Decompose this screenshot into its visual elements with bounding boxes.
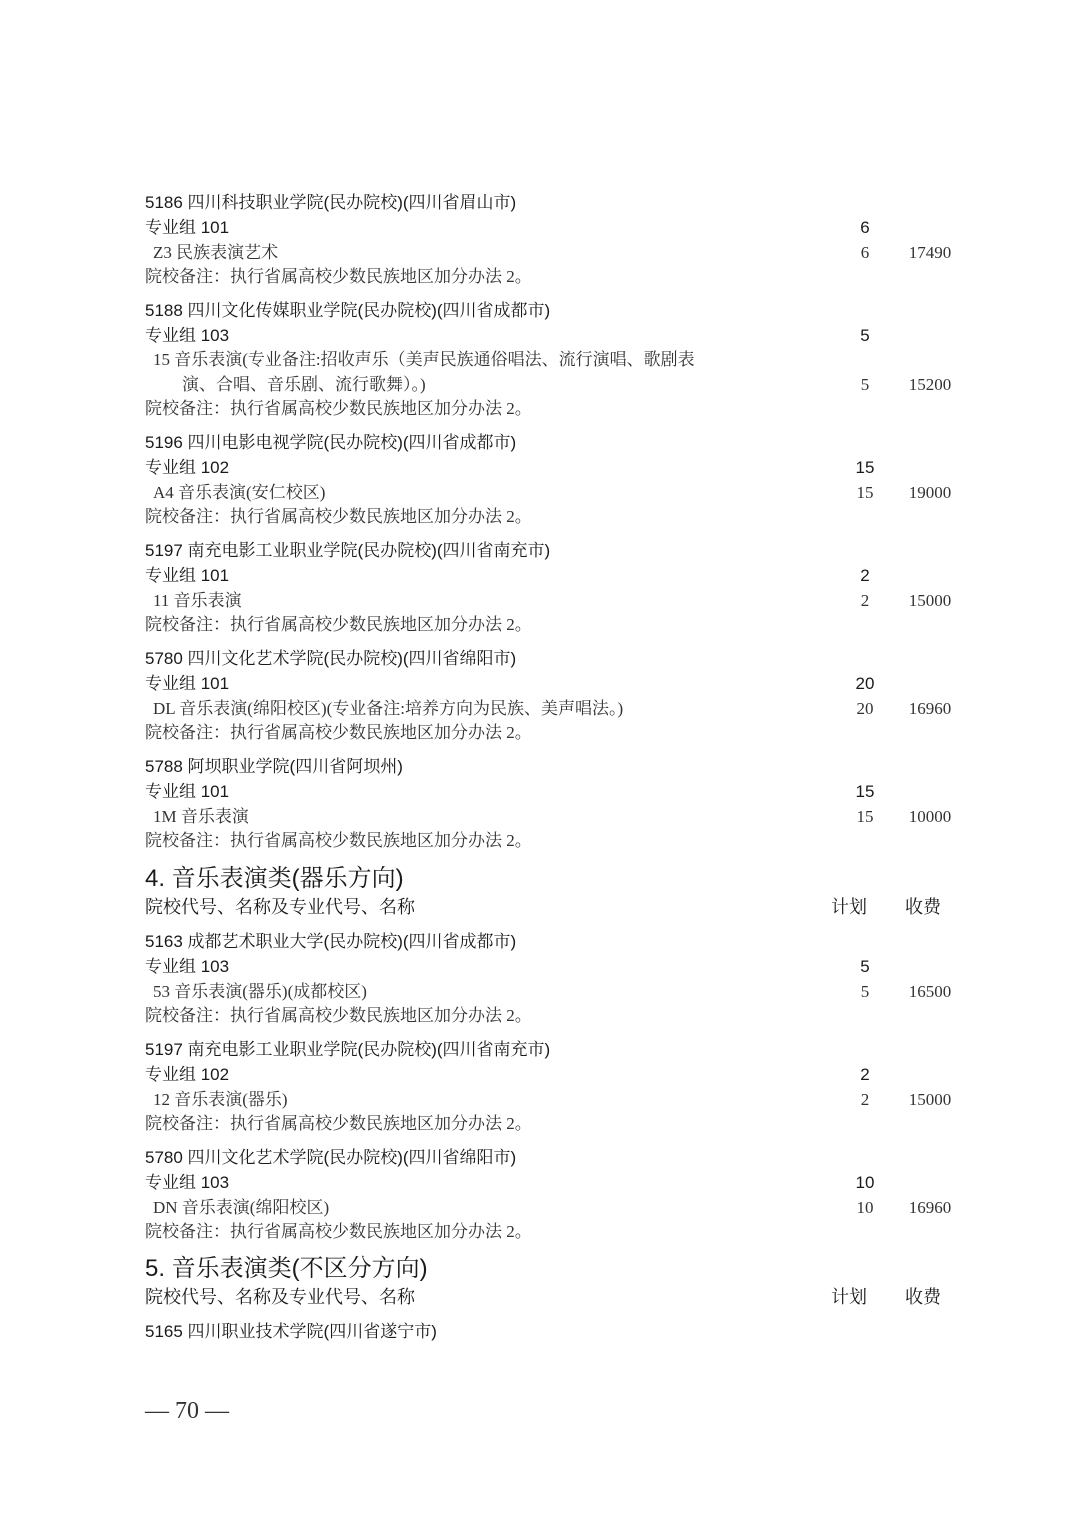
table-header-plan: 计划 <box>831 895 867 920</box>
major-plan: 10 <box>852 1195 878 1220</box>
major-group: 专业组 101 <box>145 563 229 588</box>
major-name: 12 音乐表演(器乐) <box>153 1087 288 1112</box>
major-group: 专业组 103 <box>145 323 229 348</box>
major-group: 专业组 101 <box>145 779 229 804</box>
major-name: Z3 民族表演艺术 <box>153 240 278 265</box>
major-name: DL 音乐表演(绵阳校区)(专业备注:培养方向为民族、美声唱法。) <box>153 696 623 721</box>
school-note: 院校备注：执行省属高校少数民族地区加分办法 2。 <box>145 396 532 421</box>
school-name: 5196 四川电影电视学院(民办院校)(四川省成都市) <box>145 430 516 455</box>
major-fee: 16960 <box>905 1195 955 1220</box>
school-note: 院校备注：执行省属高校少数民族地区加分办法 2。 <box>145 828 532 853</box>
section-heading: 5. 音乐表演类(不区分方向) <box>145 1253 428 1285</box>
major-plan: 15 <box>852 804 878 829</box>
table-header-name: 院校代号、名称及专业代号、名称 <box>145 1285 415 1310</box>
table-header-plan: 计划 <box>831 1285 867 1310</box>
school-name: 5186 四川科技职业学院(民办院校)(四川省眉山市) <box>145 190 516 215</box>
group-plan: 2 <box>852 563 878 588</box>
school-note: 院校备注：执行省属高校少数民族地区加分办法 2。 <box>145 1111 532 1136</box>
section-heading: 4. 音乐表演类(器乐方向) <box>145 863 404 895</box>
major-name: DN 音乐表演(绵阳校区) <box>153 1195 329 1220</box>
table-header-name: 院校代号、名称及专业代号、名称 <box>145 895 415 920</box>
major-plan: 2 <box>852 588 878 613</box>
major-plan: 5 <box>852 979 878 1004</box>
table-header-fee: 收费 <box>905 1285 941 1310</box>
table-header-fee: 收费 <box>905 895 941 920</box>
school-note: 院校备注：执行省属高校少数民族地区加分办法 2。 <box>145 1219 532 1244</box>
page-number: — 70 — <box>145 1398 229 1425</box>
group-plan: 5 <box>852 954 878 979</box>
group-plan: 15 <box>852 455 878 480</box>
group-plan: 6 <box>852 215 878 240</box>
group-plan: 15 <box>852 779 878 804</box>
major-fee: 15000 <box>905 588 955 613</box>
major-name: 15 音乐表演(专业备注:招收声乐（美声民族通俗唱法、流行演唱、歌剧表 <box>153 347 695 372</box>
school-name: 5197 南充电影工业职业学院(民办院校)(四川省南充市) <box>145 538 550 563</box>
school-note: 院校备注：执行省属高校少数民族地区加分办法 2。 <box>145 504 532 529</box>
group-plan: 5 <box>852 323 878 348</box>
school-name: 5165 四川职业技术学院(四川省遂宁市) <box>145 1319 437 1344</box>
major-plan: 5 <box>852 372 878 397</box>
major-group: 专业组 103 <box>145 954 229 979</box>
school-name: 5788 阿坝职业学院(四川省阿坝州) <box>145 754 403 779</box>
major-name: 53 音乐表演(器乐)(成都校区) <box>153 979 367 1004</box>
major-group: 专业组 101 <box>145 671 229 696</box>
group-plan: 10 <box>852 1170 878 1195</box>
school-note: 院校备注：执行省属高校少数民族地区加分办法 2。 <box>145 612 532 637</box>
school-name: 5780 四川文化艺术学院(民办院校)(四川省绵阳市) <box>145 1145 516 1170</box>
group-plan: 20 <box>852 671 878 696</box>
major-fee: 15000 <box>905 1087 955 1112</box>
school-name: 5188 四川文化传媒职业学院(民办院校)(四川省成都市) <box>145 298 550 323</box>
school-name: 5780 四川文化艺术学院(民办院校)(四川省绵阳市) <box>145 646 516 671</box>
school-note: 院校备注：执行省属高校少数民族地区加分办法 2。 <box>145 720 532 745</box>
school-name: 5197 南充电影工业职业学院(民办院校)(四川省南充市) <box>145 1037 550 1062</box>
major-group: 专业组 102 <box>145 455 229 480</box>
school-note: 院校备注：执行省属高校少数民族地区加分办法 2。 <box>145 264 532 289</box>
major-fee: 17490 <box>905 240 955 265</box>
school-name: 5163 成都艺术职业大学(民办院校)(四川省成都市) <box>145 929 516 954</box>
major-plan: 15 <box>852 480 878 505</box>
major-plan: 20 <box>852 696 878 721</box>
major-group: 专业组 103 <box>145 1170 229 1195</box>
major-name-continued: 演、合唱、音乐剧、流行歌舞）。) <box>182 372 426 397</box>
document-page: 5186 四川科技职业学院(民办院校)(四川省眉山市) 专业组 101 6 Z3… <box>0 0 1080 1527</box>
major-name: 11 音乐表演 <box>153 588 242 613</box>
major-name: 1M 音乐表演 <box>153 804 249 829</box>
major-fee: 19000 <box>905 480 955 505</box>
major-plan: 6 <box>852 240 878 265</box>
major-fee: 15200 <box>905 372 955 397</box>
group-plan: 2 <box>852 1062 878 1087</box>
major-plan: 2 <box>852 1087 878 1112</box>
major-name: A4 音乐表演(安仁校区) <box>153 480 325 505</box>
major-fee: 10000 <box>905 804 955 829</box>
major-group: 专业组 101 <box>145 215 229 240</box>
major-fee: 16500 <box>905 979 955 1004</box>
major-fee: 16960 <box>905 696 955 721</box>
major-group: 专业组 102 <box>145 1062 229 1087</box>
school-note: 院校备注：执行省属高校少数民族地区加分办法 2。 <box>145 1003 532 1028</box>
